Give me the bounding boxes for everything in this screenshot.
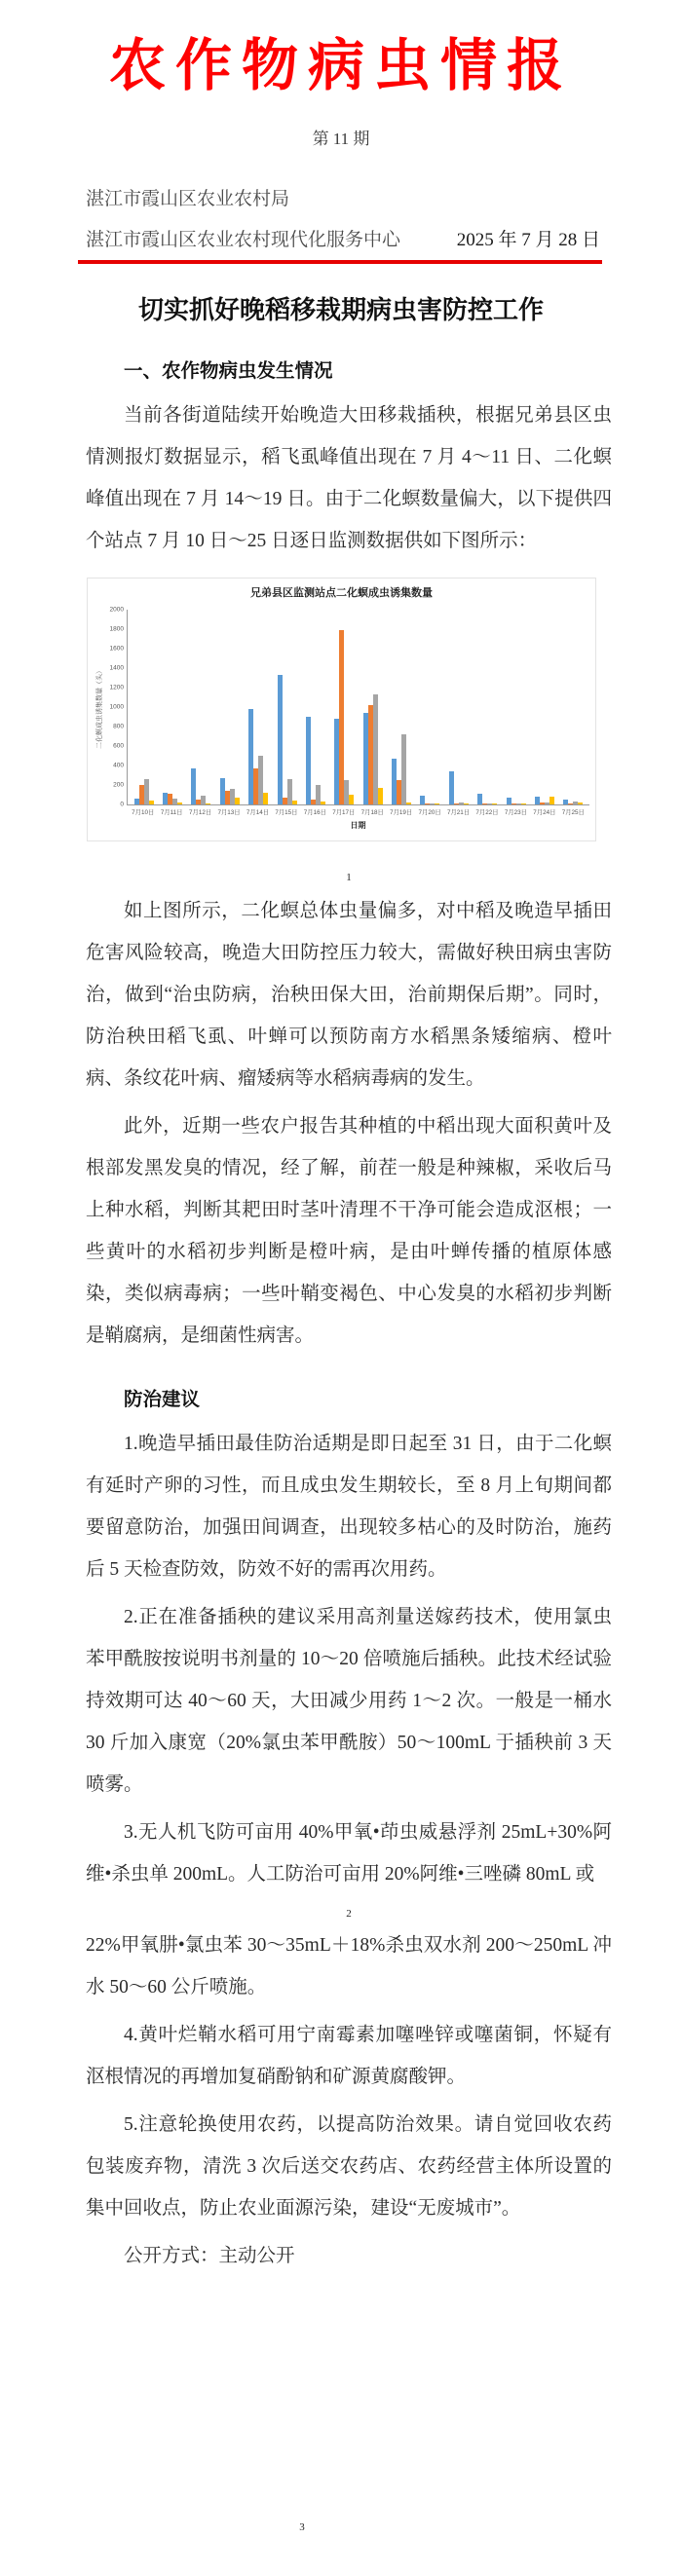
- bar: [263, 793, 268, 804]
- bar-group: [330, 610, 359, 804]
- bar: [521, 803, 526, 804]
- bar-group: [130, 610, 158, 804]
- y-tick-label: 400: [113, 763, 124, 769]
- y-tick-label: 600: [113, 743, 124, 750]
- y-tick-label: 200: [113, 782, 124, 789]
- page-number-3: 3: [0, 2521, 604, 2533]
- x-tick-label: 7月16日: [301, 807, 329, 816]
- advice-item-5: 5.注意轮换使用农药，以提高防治效果。请自觉回收农药包装废弃物，清洗 3 次后送…: [86, 2104, 612, 2229]
- paragraph-farmer-reports: 此外，近期一些农户报告其种植的中稻出现大面积黄叶及根部发黑发臭的情况，经了解，前…: [86, 1105, 612, 1357]
- x-tick-label: 7月14日: [244, 807, 272, 816]
- chart-plot: [127, 610, 589, 805]
- bar: [278, 675, 283, 804]
- bar-group: [416, 610, 444, 804]
- chart-x-labels: 7月10日7月11日7月12日7月13日7月14日7月15日7月16日7月17日…: [127, 807, 589, 816]
- section-heading-advice: 防治建议: [86, 1384, 612, 1417]
- x-tick-label: 7月22日: [473, 807, 501, 816]
- x-tick-label: 7月13日: [214, 807, 243, 816]
- y-tick-label: 1400: [110, 665, 124, 672]
- bar: [378, 788, 383, 804]
- chart-title: 兄弟县区监测站点二化螟成虫诱集数量: [94, 586, 589, 600]
- chart-y-axis-title: 二化螟成虫诱集数量（头）: [94, 610, 105, 805]
- bar-group: [187, 610, 215, 804]
- bar: [349, 795, 354, 804]
- y-tick-label: 1000: [110, 704, 124, 711]
- x-tick-label: 7月11日: [157, 807, 185, 816]
- y-tick-label: 1200: [110, 685, 124, 691]
- advice-item-3-continued: 22%甲氧肼•氯虫苯 30～35mL＋18%杀虫双水剂 200～250mL 冲水…: [86, 1924, 612, 2008]
- bar: [435, 803, 439, 804]
- bar-group: [502, 610, 530, 804]
- paragraph-monitoring-summary: 当前各街道陆续开始晚造大田移栽插秧，根据兄弟县区虫情测报灯数据显示，稻飞虱峰值出…: [86, 394, 612, 562]
- publish-date: 2025 年 7 月 28 日: [457, 229, 600, 252]
- bar-group: [559, 610, 587, 804]
- y-tick-label: 0: [120, 802, 124, 808]
- bar: [339, 630, 344, 804]
- x-tick-label: 7月24日: [530, 807, 558, 816]
- x-tick-label: 7月23日: [502, 807, 530, 816]
- red-divider: [78, 260, 602, 264]
- x-tick-label: 7月18日: [359, 807, 387, 816]
- y-tick-label: 1600: [110, 646, 124, 653]
- bar: [206, 803, 210, 804]
- bar: [401, 734, 406, 805]
- bar-group: [301, 610, 329, 804]
- issuer-block: 湛江市霞山区农业农村局 湛江市霞山区农业农村现代化服务中心 2025 年 7 月…: [0, 188, 682, 252]
- bar: [492, 803, 497, 804]
- bar: [292, 801, 297, 804]
- bar-group: [245, 610, 273, 804]
- bar-group: [359, 610, 387, 804]
- bar: [464, 803, 469, 804]
- bar: [306, 717, 311, 805]
- x-tick-label: 7月15日: [272, 807, 300, 816]
- document-page: { "masthead": { "title": "农作物病虫情报", "iss…: [0, 0, 682, 2576]
- section-heading-occurrence: 一、农作物病虫发生情况: [86, 355, 612, 389]
- bar: [549, 797, 554, 804]
- chart-y-labels: 0200400600800100012001400160018002000: [105, 610, 127, 804]
- x-tick-label: 7月20日: [415, 807, 443, 816]
- x-tick-label: 7月25日: [559, 807, 587, 816]
- page-number-2: 2: [86, 1907, 612, 1921]
- masthead-title: 农作物病虫情报: [0, 25, 682, 107]
- bar: [235, 798, 240, 804]
- document-body: 一、农作物病虫发生情况 当前各街道陆续开始晚造大田移栽插秧，根据兄弟县区虫情测报…: [0, 355, 682, 2277]
- bar: [449, 771, 454, 804]
- issuer-name-2: 湛江市霞山区农业农村现代化服务中心: [86, 229, 400, 252]
- x-tick-label: 7月19日: [387, 807, 415, 816]
- page-number-1: 1: [86, 871, 612, 884]
- disclosure-method: 公开方式：主动公开: [86, 2235, 612, 2277]
- bar-group: [444, 610, 473, 804]
- issue-number: 第 11 期: [0, 125, 682, 149]
- bar: [578, 803, 583, 804]
- bar-group: [158, 610, 186, 804]
- document-title: 切实抓好晚稻移栽期病虫害防控工作: [0, 293, 682, 328]
- advice-item-2: 2.正在准备插秧的建议采用高剂量送嫁药技术，使用氯虫苯甲酰胺按说明书剂量的 10…: [86, 1596, 612, 1806]
- bar: [177, 803, 182, 804]
- issuer-name-1: 湛江市霞山区农业农村局: [86, 188, 600, 211]
- y-tick-label: 2000: [110, 607, 124, 614]
- advice-item-4: 4.黄叶烂鞘水稻可用宁南霉素加噻唑锌或噻菌铜，怀疑有沤根情况的再增加复硝酚钠和矿…: [86, 2014, 612, 2098]
- advice-item-1: 1.晚造早插田最佳防治适期是即日起至 31 日，由于二化螟有延时产卵的习性，而且…: [86, 1423, 612, 1590]
- chart-x-axis-title: 日期: [94, 820, 589, 831]
- bar-chart: 兄弟县区监测站点二化螟成虫诱集数量 二化螟成虫诱集数量（头） 020040060…: [87, 578, 596, 841]
- bar-group: [474, 610, 502, 804]
- bar: [321, 802, 325, 804]
- x-tick-label: 7月10日: [129, 807, 157, 816]
- advice-item-3: 3.无人机飞防可亩用 40%甲氧•茚虫威悬浮剂 25mL+30%阿维•杀虫单 2…: [86, 1811, 612, 1895]
- y-tick-label: 1800: [110, 626, 124, 633]
- bar: [149, 801, 154, 804]
- x-tick-label: 7月17日: [329, 807, 358, 816]
- paragraph-analysis: 如上图所示，二化螟总体虫量偏多，对中稻及晚造早插田危害风险较高，晚造大田防控压力…: [86, 890, 612, 1100]
- x-tick-label: 7月12日: [186, 807, 214, 816]
- bar-group: [215, 610, 244, 804]
- bar-group: [530, 610, 558, 804]
- bar-group: [387, 610, 415, 804]
- x-tick-label: 7月21日: [444, 807, 473, 816]
- bar-group: [273, 610, 301, 804]
- y-tick-label: 800: [113, 724, 124, 730]
- bar: [406, 803, 411, 804]
